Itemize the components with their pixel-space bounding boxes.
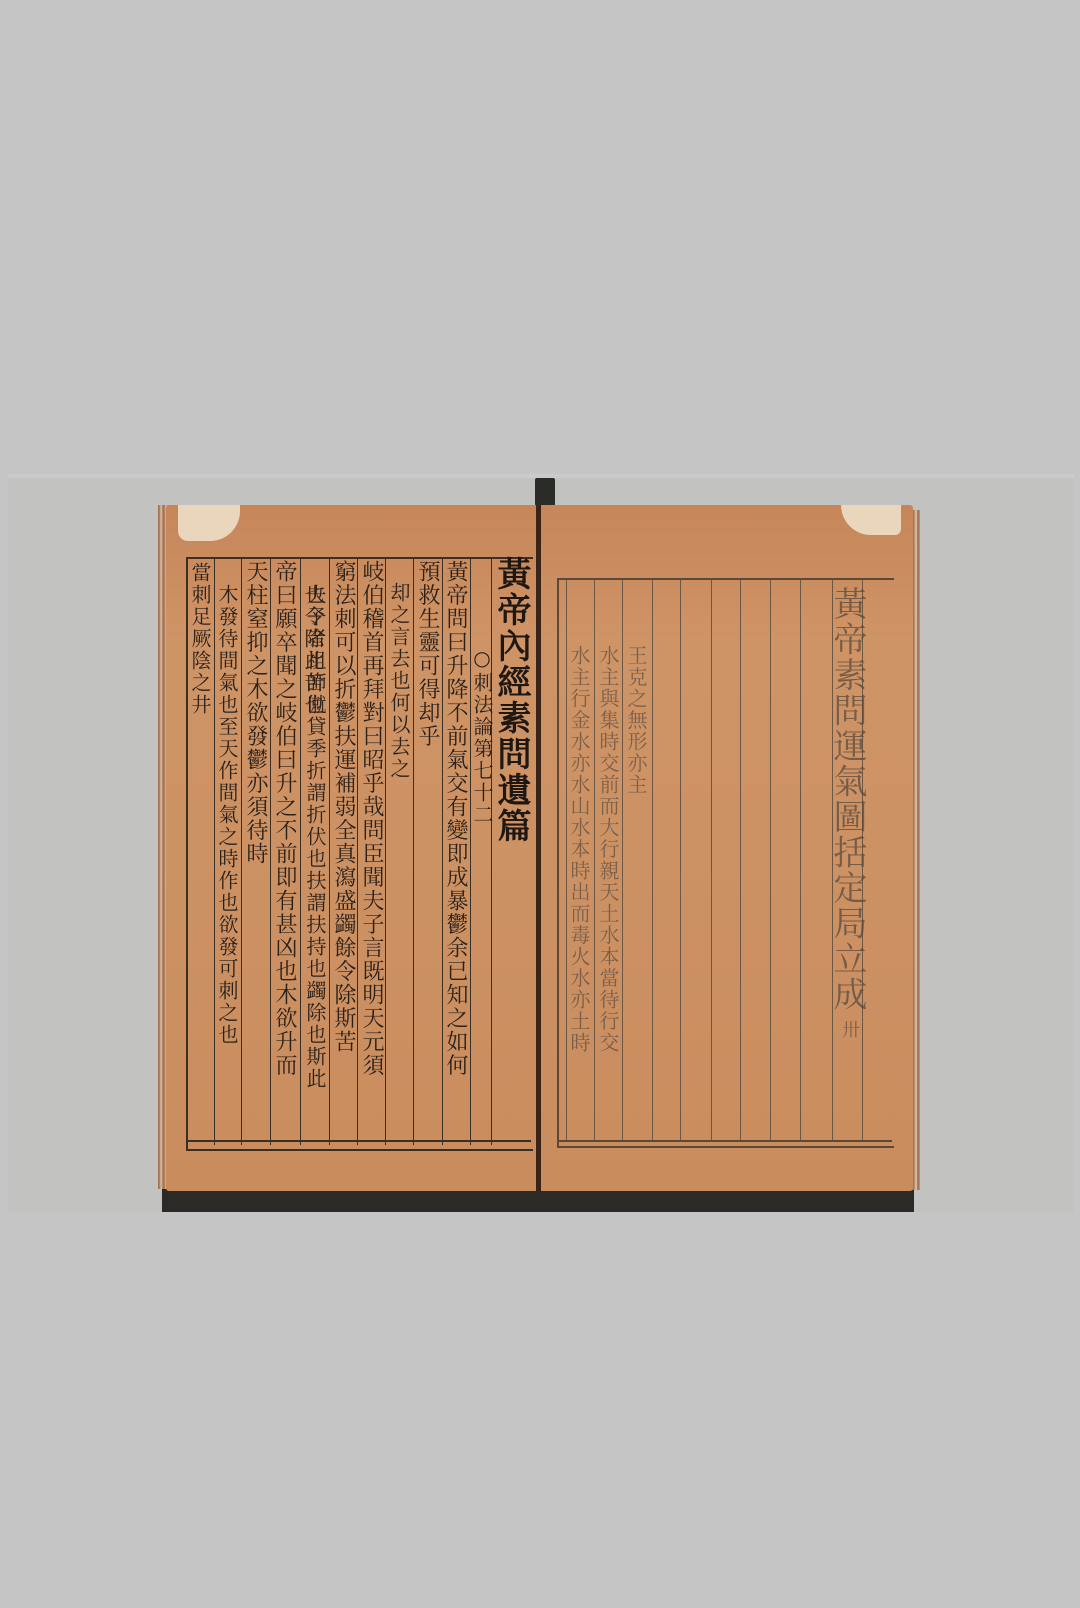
text-column-9: 天柱窒抑之木欲發鬱亦須待時	[244, 560, 266, 866]
chapter-heading: ○刺法論第七十二	[472, 646, 492, 826]
page-mark: 卅	[840, 1020, 858, 1040]
torn-corner-left	[178, 505, 240, 541]
column-rule	[594, 580, 595, 1140]
text-column-11: 當刺足厥陰之井	[190, 562, 210, 716]
column-rule	[740, 580, 741, 1140]
text-column-7: 也令除此苦也	[303, 584, 323, 716]
right-page-title: 黃帝素問運氣圖括定局立成	[830, 586, 864, 1012]
text-column-8: 帝曰願卒聞之岐伯曰升之不前即有甚凶也木欲升而	[273, 560, 295, 1077]
column-rule	[800, 580, 801, 1140]
book-shadow	[162, 1188, 914, 1212]
left-bottom-rule	[186, 1140, 531, 1142]
column-rule	[270, 559, 271, 1145]
column-rule	[357, 559, 358, 1145]
column-rule	[680, 580, 681, 1140]
text-column-2: 預救生靈可得却乎	[416, 560, 438, 748]
text-column-5: 窮法刺可以折鬱扶運補弱全真瀉盛蠲餘令除斯苦	[332, 560, 354, 1054]
column-rule	[770, 580, 771, 1140]
torn-corner-right	[841, 505, 901, 535]
column-rule	[385, 559, 386, 1145]
column-rule	[413, 559, 414, 1145]
column-rule	[711, 580, 712, 1140]
right-text-column-3: 水主行金水亦水山水本時出而毒火水亦土時	[569, 645, 589, 1054]
text-column-1: 黃帝問曰升降不前氣交有變即成暴鬱余已知之如何	[444, 560, 466, 1077]
text-column-4: 岐伯稽首再拜對曰昭乎哉問臣聞夫子言既明天元須	[360, 560, 382, 1077]
bookmark-ribbon	[535, 478, 555, 506]
column-rule	[241, 559, 242, 1145]
right-text-column-1: 王克之無形亦主	[626, 645, 646, 796]
column-rule	[652, 580, 653, 1140]
column-rule	[622, 580, 623, 1140]
book-title: 黃帝內經素問遺篇	[494, 556, 528, 844]
text-column-3: 却之言去也何以去之	[389, 582, 409, 780]
right-bottom-rule	[557, 1140, 892, 1142]
text-column-10: 木發待間氣也至天作間氣之時作也欲發可刺之也	[217, 584, 237, 1046]
column-rule	[329, 559, 330, 1145]
right-text-column-2: 水主與集時交前而大行親天土水本當待行交	[598, 645, 618, 1054]
